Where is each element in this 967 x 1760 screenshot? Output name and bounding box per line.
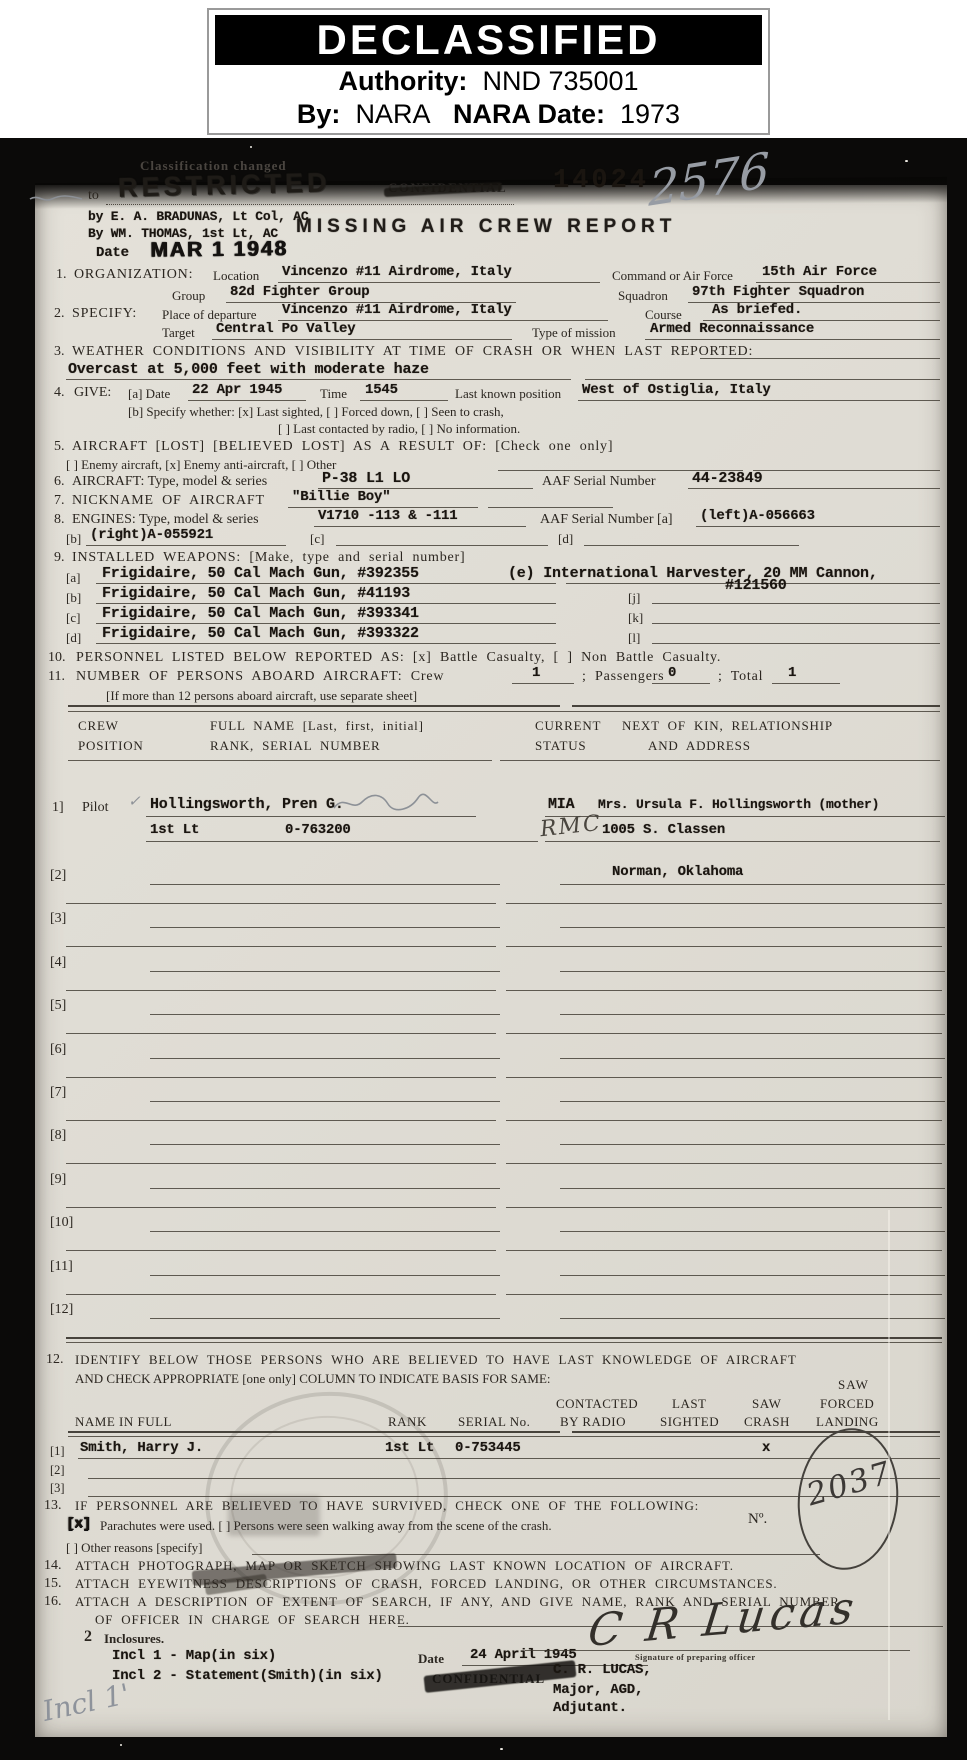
underline: [560, 1058, 945, 1059]
underline: [146, 841, 538, 842]
s6-num: 6.: [54, 474, 65, 490]
s11-passengers-value: 0: [668, 665, 676, 681]
table-rule: [66, 1337, 942, 1339]
crew-row-label: [7]: [50, 1085, 66, 1101]
s2-course-value: As briefed.: [712, 302, 802, 318]
underline: [506, 1033, 942, 1034]
table-rule: [500, 760, 940, 761]
s1-group-label: Group: [172, 288, 205, 304]
date-label: Date: [96, 245, 129, 261]
crew-row-label: [4]: [50, 955, 66, 971]
underline: [150, 1101, 500, 1102]
crew-row1-status: MIA: [548, 796, 574, 813]
underline: [696, 526, 940, 527]
s12-col-serial: SERIAL No.: [458, 1414, 530, 1430]
crew-row-label: [8]: [50, 1128, 66, 1144]
s12-row3-label: [3]: [50, 1481, 65, 1496]
s16-num: 16.: [44, 1594, 62, 1610]
s9-weapon-b: Frigidaire, 50 Cal Mach Gun, #41193: [102, 585, 410, 602]
s1-label: ORGANIZATION:: [74, 267, 193, 283]
crew-row1-num: 1]: [52, 800, 64, 816]
crew-row-label: [6]: [50, 1042, 66, 1058]
underline: [545, 841, 940, 842]
underline: [753, 470, 940, 471]
underline: [506, 1294, 942, 1295]
s9-d-label: [d]: [66, 630, 81, 646]
underline: [188, 400, 306, 401]
s15-text: ATTACH EYEWITNESS DESCRIPTIONS OF CRASH,…: [75, 1576, 777, 1592]
s4-num: 4.: [54, 385, 65, 401]
s7-nickname-value: "Billie Boy": [292, 489, 390, 505]
s9-weapon-a: Frigidaire, 50 Cal Mach Gun, #392355: [102, 565, 419, 582]
crew-header-address: AND ADDRESS: [648, 738, 751, 754]
signer-rank: Major, AGD,: [553, 1682, 643, 1698]
crew-row-label: [12]: [50, 1302, 73, 1318]
underline: [488, 507, 613, 508]
underline: [652, 603, 940, 604]
inclosure-1: Incl 1 - Map(in six): [112, 1648, 276, 1664]
table-rule: [66, 1342, 942, 1343]
restricted-stamp: RESTRICTED: [118, 167, 331, 204]
s1-squadron-label: Squadron: [618, 288, 668, 304]
crew-header-current: CURRENT: [535, 718, 601, 734]
s10-text: PERSONNEL LISTED BELOW REPORTED AS: [x] …: [76, 650, 721, 666]
s8-left-serial: (left)A-056663: [700, 508, 815, 524]
s13-parachutes-checkbox: [x]: [66, 1516, 91, 1532]
underline: [772, 683, 840, 684]
underline: [560, 971, 945, 972]
ink-smudge: [228, 1496, 320, 1536]
underline: [146, 816, 476, 817]
underline: [506, 903, 942, 904]
s9-weapon-c: Frigidaire, 50 Cal Mach Gun, #393341: [102, 605, 419, 622]
s3-label: WEATHER CONDITIONS AND VISIBILITY AT TIM…: [72, 344, 753, 360]
s9-j-value: #121560: [725, 577, 787, 594]
pencil-scribble: [330, 790, 442, 818]
s14-text: ATTACH PHOTOGRAPH, MAP OR SKETCH SHOWING…: [75, 1558, 734, 1574]
nara-date-label: NARA Date:: [453, 99, 605, 129]
underline: [66, 990, 496, 991]
s6-label: AIRCRAFT: Type, model & series: [72, 474, 267, 490]
report-title: MISSING AIR CREW REPORT: [296, 216, 676, 238]
s9-b-label: [b]: [66, 590, 81, 606]
crew-header-kin: NEXT OF KIN, RELATIONSHIP: [622, 718, 833, 734]
underline: [66, 1207, 496, 1208]
underline: [66, 1120, 496, 1121]
s12-col-saw: SAW: [752, 1396, 781, 1412]
signer-title: Adjutant.: [553, 1700, 627, 1716]
underline: [756, 282, 940, 283]
s12-row1-crash-mark: x: [762, 1440, 770, 1456]
s12-row2-label: [2]: [50, 1463, 65, 1478]
underline: [560, 884, 945, 885]
underline: [150, 927, 500, 928]
s2-target-value: Central Po Valley: [216, 321, 355, 337]
underline: [150, 884, 500, 885]
dust-speck: [500, 1748, 503, 1750]
authority-line: Authority: NND 735001: [215, 65, 762, 98]
crew-row-label: [5]: [50, 998, 66, 1014]
declassified-title: DECLASSIFIED: [215, 15, 762, 65]
crew-row1-kin: Mrs. Ursula F. Hollingsworth (mother): [598, 797, 879, 812]
s5-options: [ ] Enemy aircraft, [x] Enemy anti-aircr…: [66, 457, 336, 473]
s13-option2: [ ] Other reasons [specify]: [66, 1540, 202, 1556]
table-rule: [572, 1431, 940, 1433]
underline: [560, 1144, 945, 1145]
s11-crew-value: 1: [532, 665, 540, 681]
s4-position-value: West of Ostiglia, Italy: [582, 382, 771, 398]
underline: [150, 971, 500, 972]
s13-num: 13.: [44, 1498, 62, 1514]
s6-serial-value: 44-23849: [692, 470, 762, 487]
s12-row1-serial: 0-753445: [455, 1440, 521, 1456]
s3-num: 3.: [54, 344, 65, 360]
underline: [278, 282, 600, 283]
s2-mission-label: Type of mission: [532, 325, 616, 341]
underline: [150, 1231, 500, 1232]
table-rule: [68, 711, 940, 712]
dust-speck: [250, 146, 252, 148]
underline: [585, 379, 940, 380]
s9-weapon-d: Frigidaire, 50 Cal Mach Gun, #393322: [102, 625, 419, 642]
crew-header-rank: RANK, SERIAL NUMBER: [210, 738, 380, 754]
s2-departure-value: Vincenzo #11 Airdrome, Italy: [282, 302, 512, 318]
underline: [506, 946, 942, 947]
underline: [150, 1275, 500, 1276]
s12-col-last: LAST: [672, 1396, 707, 1412]
s12-num: 12.: [46, 1352, 64, 1368]
s8-d-label: [d]: [558, 531, 573, 547]
s9-c-label: [c]: [66, 610, 80, 626]
underline: [584, 545, 799, 546]
crew-row1-address2: Norman, Oklahoma: [612, 864, 743, 880]
s9-label: INSTALLED WEAPONS: [Make, type and seria…: [72, 550, 465, 566]
scanned-macr-document: DECLASSIFIED Authority: NND 735001 By: N…: [0, 0, 967, 1760]
underline: [212, 339, 512, 340]
s9-k-label: [k]: [628, 610, 643, 626]
underline: [150, 1318, 500, 1319]
s12-col-saw-top: SAW: [838, 1377, 869, 1393]
s1-location-label: Location: [213, 268, 259, 284]
s5-label: AIRCRAFT [LOST] [BELIEVED LOST] AS A RES…: [72, 439, 613, 455]
s11-num: 11.: [48, 669, 65, 685]
s1-num: 1.: [56, 267, 67, 283]
s1-command-label: Command or Air Force: [612, 268, 733, 284]
s12-col-crash: CRASH: [744, 1414, 790, 1430]
crew-row1-name: Hollingsworth, Pren G.: [150, 796, 344, 813]
s11-note: [If more than 12 persons aboard aircraft…: [106, 688, 417, 704]
underline: [560, 927, 945, 928]
s6-serial-label: AAF Serial Number: [542, 474, 656, 490]
paper-crease: [888, 1210, 890, 1720]
s2-target-label: Target: [162, 325, 195, 341]
s12-row1-label: [1]: [50, 1444, 65, 1459]
pencil-check-mark: ✓: [128, 792, 141, 810]
crew-header-fullname: FULL NAME [Last, first, initial]: [210, 718, 424, 734]
s14-num: 14.: [44, 1558, 62, 1574]
underline: [506, 1163, 942, 1164]
crew-row1-address1: 1005 S. Classen: [602, 822, 725, 838]
s15-num: 15.: [44, 1576, 62, 1592]
s9-weapon-e: (e) International Harvester, 20 MM Canno…: [508, 565, 878, 582]
date-stamp: MAR 1 1948: [150, 237, 288, 262]
s10-num: 10.: [48, 650, 66, 666]
underline: [66, 903, 496, 904]
s12-line2: AND CHECK APPROPRIATE [one only] COLUMN …: [75, 1371, 551, 1387]
underline: [66, 946, 496, 947]
s1-squadron-value: 97th Fighter Squadron: [692, 284, 864, 300]
by-line: By: NARA NARA Date: 1973: [215, 98, 762, 131]
s8-c-label: [c]: [310, 531, 324, 547]
nara-date-value: 1973: [620, 99, 680, 129]
s8-num: 8.: [54, 512, 65, 528]
underline: [314, 526, 526, 527]
s12-line1: IDENTIFY BELOW THOSE PERSONS WHO ARE BEL…: [75, 1352, 797, 1368]
inclosures-label: Inclosures.: [104, 1631, 164, 1647]
underline: [66, 379, 571, 380]
s4-a-label: [a] Date: [128, 386, 170, 402]
s8-right-serial: (right)A-055921: [90, 527, 213, 543]
underline: [506, 1120, 942, 1121]
underline: [66, 1294, 496, 1295]
s12-col-name: NAME IN FULL: [75, 1414, 172, 1430]
s8-serial-label: AAF Serial Number [a]: [540, 512, 673, 528]
underline: [150, 1188, 500, 1189]
s13-no-label: Nº.: [748, 1511, 767, 1528]
table-rule: [68, 1436, 940, 1437]
pencil-mark: [28, 190, 86, 206]
crew-row-label: [10]: [50, 1215, 73, 1231]
table-rule: [572, 705, 940, 707]
underline: [96, 643, 556, 644]
underline: [652, 623, 940, 624]
by-value: NARA: [355, 99, 430, 129]
s3-value: Overcast at 5,000 feet with moderate haz…: [68, 361, 429, 378]
underline: [560, 1188, 945, 1189]
underline: [86, 545, 286, 546]
underline: [150, 1014, 500, 1015]
underline: [652, 643, 940, 644]
s12-col-radio: BY RADIO: [560, 1414, 626, 1430]
crew-row1-rank: 1st Lt: [150, 822, 199, 838]
s1-location-value: Vincenzo #11 Airdrome, Italy: [282, 264, 512, 280]
s7-num: 7.: [54, 493, 65, 509]
s12-row1-name: Smith, Harry J.: [80, 1440, 203, 1456]
underline: [360, 400, 448, 401]
s11-total-label: ; Total: [718, 669, 763, 685]
signature-line: [525, 1650, 910, 1651]
case-number: 14024: [553, 166, 649, 196]
inclosures-count: 2: [84, 1628, 92, 1646]
underline: [150, 1058, 500, 1059]
s2-label: SPECIFY:: [72, 306, 137, 322]
s2-num: 2.: [54, 306, 65, 322]
s16-line2: OF OFFICER IN CHARGE OF SEARCH HERE.: [95, 1612, 410, 1628]
signer-name: C. R. LUCAS,: [553, 1662, 651, 1678]
authority-value: NND 735001: [482, 66, 638, 96]
table-rule: [68, 760, 492, 761]
underline: [578, 400, 940, 401]
underline: [506, 990, 942, 991]
changed-by-line: by E. A. BRADUNAS, Lt Col, AC: [88, 209, 308, 224]
s9-j-label: [j]: [628, 590, 640, 606]
crew-row-label: [3]: [50, 911, 66, 927]
s7-label: NICKNAME OF AIRCRAFT: [72, 493, 265, 509]
declassified-banner: DECLASSIFIED Authority: NND 735001 By: N…: [207, 8, 770, 135]
underline: [688, 488, 940, 489]
underline: [560, 1014, 945, 1015]
underline: [652, 683, 710, 684]
crew-row1-position: Pilot: [82, 800, 108, 816]
underline: [66, 1250, 496, 1251]
s12-col-forced: FORCED: [820, 1396, 874, 1412]
underline: [506, 1207, 942, 1208]
crew-row-label: [9]: [50, 1172, 66, 1188]
s9-a-label: [a]: [66, 570, 80, 586]
table-rule: [68, 705, 560, 707]
s1-group-value: 82d Fighter Group: [230, 284, 369, 300]
dust-speck: [905, 160, 908, 162]
dust-speck: [120, 1744, 122, 1746]
by-label: By:: [297, 99, 341, 129]
underline: [512, 683, 574, 684]
s6-type-value: P-38 L1 LO: [322, 470, 410, 487]
underline: [96, 603, 556, 604]
authority-label: Authority:: [338, 66, 467, 96]
underline: [96, 623, 556, 624]
s11-total-value: 1: [788, 665, 796, 681]
s4-b-options-1: [b] Specify whether: [x] Last sighted, […: [128, 404, 504, 420]
s12-col-sighted: SIGHTED: [660, 1414, 719, 1430]
s5-num: 5.: [54, 439, 65, 455]
s4-time-label: Time: [320, 386, 347, 402]
s4-position-label: Last known position: [455, 386, 561, 402]
crew-row-label: [11]: [50, 1259, 73, 1275]
crew-header-crew: CREW: [78, 718, 119, 734]
underline: [336, 545, 548, 546]
underline: [506, 1077, 942, 1078]
underline: [545, 816, 945, 817]
underline: [506, 1250, 942, 1251]
crew-header-status: STATUS: [535, 738, 586, 754]
s12-col-contacted: CONTACTED: [556, 1396, 638, 1412]
s4-b-options-2: [ ] Last contacted by radio, [ ] No info…: [278, 421, 520, 437]
s1-command-value: 15th Air Force: [762, 264, 877, 280]
s8-type-value: V1710 -113 & -111: [318, 508, 457, 524]
dotted-line: [106, 204, 514, 205]
s2-mission-value: Armed Reconnaissance: [650, 321, 814, 337]
s4-time-value: 1545: [365, 382, 398, 398]
crew-row1-serial: 0-763200: [285, 822, 351, 838]
underline: [96, 583, 556, 584]
underline: [700, 358, 940, 359]
inclosure-2: Incl 2 - Statement(Smith)(in six): [112, 1668, 383, 1684]
underline: [66, 1033, 496, 1034]
underline: [66, 1163, 496, 1164]
underline: [150, 1144, 500, 1145]
underline: [66, 1077, 496, 1078]
s8-b-label: [b]: [66, 531, 81, 547]
underline: [645, 339, 940, 340]
underline: [560, 1101, 945, 1102]
s11-label: NUMBER OF PERSONS ABOARD AIRCRAFT: Crew: [76, 669, 444, 685]
signature-caption: Signature of preparing officer: [635, 1652, 756, 1662]
incl1-date-label: Date: [418, 1651, 444, 1667]
crew-row-label: [2]: [50, 868, 66, 884]
s9-num: 9.: [54, 550, 65, 566]
s9-l-label: [l]: [628, 630, 640, 646]
s8-label: ENGINES: Type, model & series: [72, 512, 259, 528]
to-label: to: [88, 188, 99, 204]
s4-date-value: 22 Apr 1945: [192, 382, 282, 398]
s4-label: GIVE:: [74, 385, 111, 401]
crew-header-position: POSITION: [78, 738, 144, 754]
